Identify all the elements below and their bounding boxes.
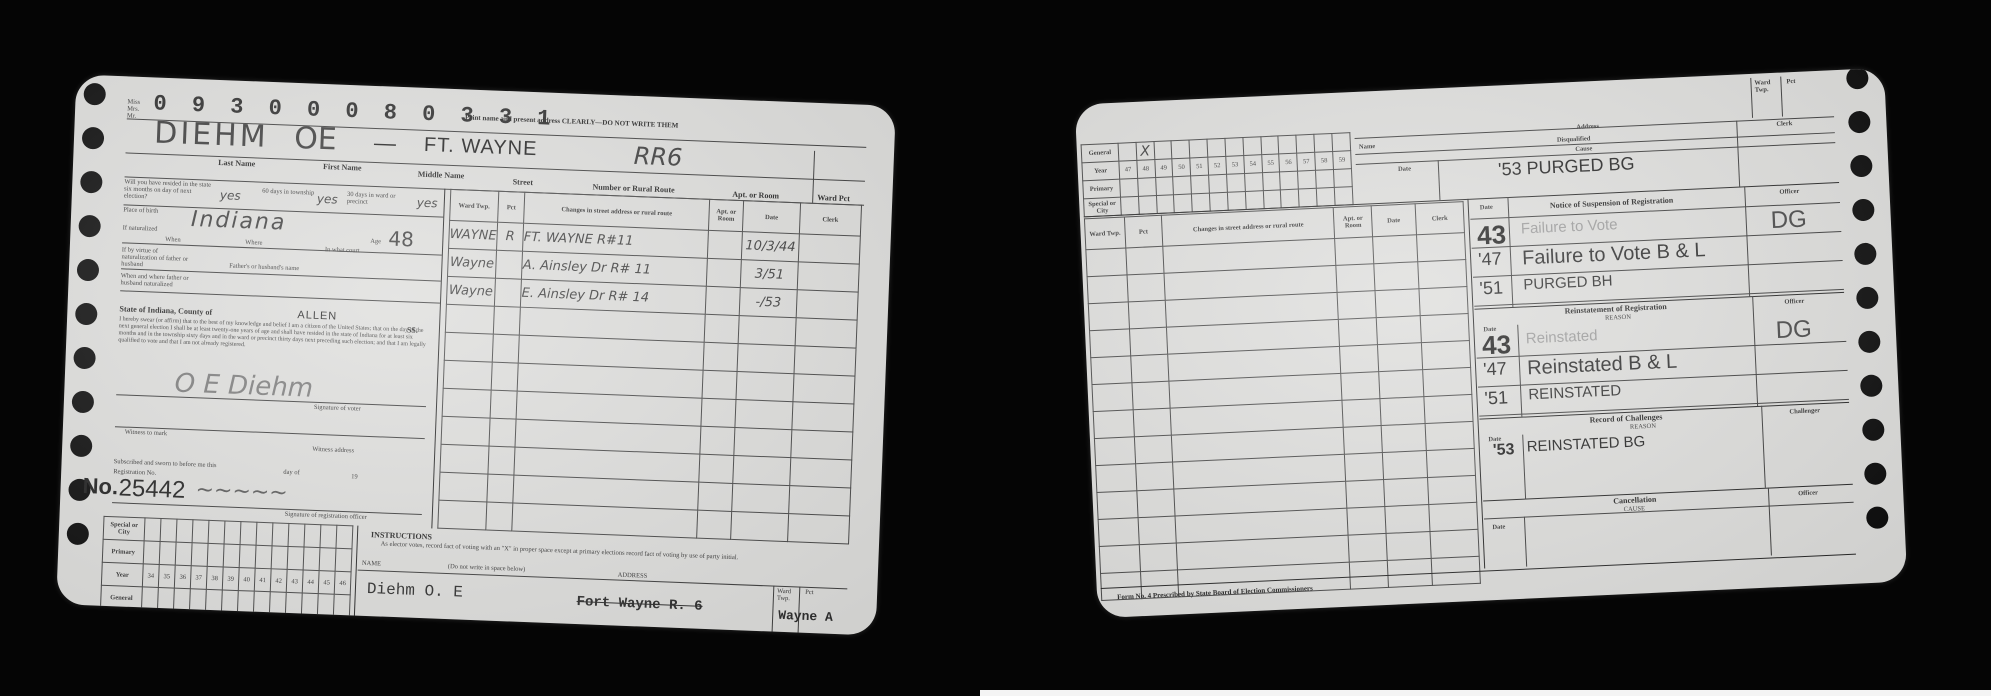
label-day-of: day of [283, 469, 300, 477]
grid-cell [1138, 196, 1157, 215]
grid-cell [1316, 187, 1335, 206]
grid-cell [143, 541, 160, 565]
grid-cell: 59 [1333, 151, 1352, 170]
number-prefix: No. [82, 473, 118, 500]
grid-cell [1243, 137, 1262, 156]
label-last-name: Last Name [218, 158, 255, 168]
table-cell [788, 514, 850, 544]
label-subscribed: Subscribed and sworn to before me this [114, 458, 217, 469]
table-cell [1379, 370, 1424, 399]
entry-officer: DG [1770, 206, 1807, 236]
voter-registration-card-back: GeneralXYear47484950515253545556575859Pr… [1075, 68, 1907, 618]
voting-record-grid: Special or CityPrimaryYear34353637383940… [100, 516, 353, 619]
table-cell [1342, 399, 1381, 428]
label-middle-name: Middle Name [418, 170, 465, 181]
registration-number: 25442 [118, 474, 186, 505]
grid-cell [176, 519, 193, 543]
label-age: Age [370, 238, 381, 245]
table-cell [445, 304, 494, 334]
table-cell [734, 428, 792, 458]
table-cell [1139, 543, 1178, 572]
label-pct: Pct [1786, 78, 1795, 85]
punch-hole [78, 215, 101, 238]
grid-row-label: Primary [102, 539, 144, 564]
table-cell [488, 446, 515, 475]
column-header: Ward Twp. [1084, 217, 1125, 250]
table-cell [1346, 480, 1385, 509]
table-cell [1386, 531, 1431, 560]
voter-registration-card-front: 0 9 3 0 0 0 8 0 3 3 1 Print name and pre… [56, 74, 896, 635]
table-cell [495, 250, 522, 279]
table-cell [1090, 329, 1131, 358]
grid-cell [319, 548, 336, 572]
table-cell [789, 486, 851, 516]
table-cell [1134, 435, 1173, 464]
grid-cell [1296, 134, 1315, 153]
table-cell [1099, 545, 1140, 574]
table-cell [736, 372, 794, 402]
grid-cell [1118, 142, 1137, 161]
punch-hole [75, 303, 98, 326]
table-cell [1349, 533, 1388, 562]
grid-cell: 34 [142, 564, 159, 588]
grid-cell [1332, 133, 1351, 152]
label-first-name: First Name [323, 162, 362, 172]
table-cell [699, 454, 734, 483]
label-apt-room: Apt. or Room [732, 190, 779, 201]
grid-cell: 39 [222, 567, 239, 591]
punch-hole [1856, 286, 1879, 309]
punch-hole [1846, 68, 1869, 90]
table-cell [797, 262, 859, 292]
grid-cell [157, 587, 174, 611]
table-cell [1375, 289, 1420, 318]
table-cell [702, 370, 737, 399]
punch-hole [1850, 155, 1873, 178]
punch-hole [73, 347, 96, 370]
table-cell [1420, 314, 1469, 343]
grid-row-label: Primary [1083, 179, 1121, 199]
label-when-where-father: When and where father or husband natural… [120, 272, 200, 289]
table-cell [795, 318, 857, 348]
punch-hole [1858, 330, 1881, 353]
table-cell [1091, 356, 1132, 385]
grid-cell [175, 542, 192, 566]
grid-cell [141, 587, 158, 611]
entry-text: PURGED BH [1523, 272, 1613, 293]
label-place-of-birth: Place of birth [123, 206, 163, 215]
table-cell [707, 230, 742, 259]
table-cell [1335, 237, 1374, 266]
label-days-township: 60 days in township [262, 188, 317, 197]
label-resided-state: Will you have resided in the state six m… [124, 178, 215, 202]
label-signature-voter: Signature of voter [314, 404, 361, 413]
label-number-route: Number or Rural Route [592, 182, 674, 194]
address-changes-table: Ward Twp.PctChanges in street address or… [1084, 201, 1481, 601]
grid-cell: 49 [1154, 159, 1173, 178]
grid-cell: 54 [1244, 155, 1263, 174]
table-cell [1341, 372, 1380, 401]
grid-cell: 48 [1137, 160, 1156, 179]
table-cell [1096, 464, 1137, 493]
table-cell [1345, 453, 1384, 482]
table-cell [489, 418, 516, 447]
grid-cell [1137, 178, 1156, 197]
column-header: Clerk [799, 203, 861, 236]
label-clerk: Clerk [1776, 120, 1792, 128]
grid-cell [287, 546, 304, 570]
grid-cell [1298, 170, 1317, 189]
grid-cell [223, 544, 240, 568]
grid-row-label: Year [101, 562, 143, 587]
column-header: Date [743, 201, 801, 234]
entry-date: '47 [1483, 358, 1507, 380]
grid-cell: 43 [286, 569, 303, 593]
grid-cell: 38 [206, 566, 223, 590]
column-header: Pct [1124, 215, 1163, 248]
table-cell [442, 388, 491, 418]
grid-cell: 42 [270, 569, 287, 593]
grid-cell [317, 594, 334, 618]
table-cell [1385, 504, 1430, 533]
grid-cell [1225, 138, 1244, 157]
table-cell [440, 444, 489, 474]
entry-text: REINSTATED BG [1526, 433, 1645, 455]
label-ward-twp: Ward Twp. [1754, 79, 1775, 94]
suspension-title: Notice of Suspension of Registration [1550, 196, 1674, 211]
grid-cell [1120, 178, 1139, 197]
grid-cell [1210, 192, 1229, 211]
table-cell [1418, 260, 1467, 289]
table-cell [796, 290, 858, 320]
table-cell [1133, 408, 1172, 437]
punch-hole [1864, 462, 1887, 485]
grid-cell [301, 593, 318, 617]
table-cell [697, 510, 732, 539]
punch-hole [1866, 506, 1889, 529]
table-cell [1381, 424, 1426, 453]
table-cell [1376, 316, 1421, 345]
grid-cell [336, 525, 353, 549]
table-cell [512, 503, 698, 538]
days-township-value: yes [317, 192, 338, 207]
typed-address: Fort Wayne R. 6 [576, 594, 703, 615]
label-challenges-reason: REASON [1630, 423, 1656, 431]
grid-cell [221, 590, 238, 614]
grid-cell [1244, 173, 1263, 192]
table-cell [790, 458, 852, 488]
label-cancellation-date: Date [1492, 524, 1505, 532]
table-cell [1128, 300, 1167, 329]
grid-cell [285, 592, 302, 616]
grid-cell [1209, 174, 1228, 193]
label-witness-address: Witness address [312, 446, 354, 455]
grid-cell [207, 543, 224, 567]
grid-cell [191, 543, 208, 567]
punch-hole [70, 434, 93, 457]
punch-hole [83, 83, 106, 106]
grid-cell [1227, 174, 1246, 193]
label-by-virtue: If by virtue of naturalization of father… [121, 246, 192, 270]
entry-date: '47 [1478, 248, 1502, 270]
punch-hole [80, 171, 103, 194]
label-reinstatement-reason: REASON [1605, 314, 1631, 322]
grid-cell: 55 [1261, 154, 1280, 173]
grid-cell: 37 [190, 566, 207, 590]
entry-date: '51 [1484, 387, 1508, 409]
label-witness-mark: Witness to mark [125, 429, 168, 438]
column-header: Apt. or Room [708, 199, 743, 231]
grid-cell [205, 589, 222, 613]
table-cell: Wayne [447, 248, 496, 278]
table-cell [1337, 291, 1376, 320]
grid-cell [303, 547, 320, 571]
grid-cell [256, 522, 273, 546]
punch-hole [1852, 198, 1875, 221]
grid-cell [1171, 140, 1190, 159]
grid-cell [1316, 169, 1335, 188]
table-cell [444, 332, 493, 362]
grid-cell [1314, 134, 1333, 153]
table-cell [791, 430, 853, 460]
grid-cell [159, 542, 176, 566]
table-cell [1129, 327, 1168, 356]
table-cell [735, 400, 793, 430]
table-cell [737, 344, 795, 374]
table-cell: R [497, 222, 524, 251]
grid-cell [335, 548, 352, 572]
table-cell [493, 306, 520, 335]
label-challenger: Challenger [1789, 407, 1820, 415]
oath-state-county: State of Indiana, County of [119, 304, 212, 317]
cancellation-title: Cancellation [1613, 495, 1656, 506]
column-header: Ward Twp. [450, 189, 499, 222]
label-days-ward: 30 days in ward or precinct [347, 191, 417, 208]
grid-cell [1261, 136, 1280, 155]
label-what-court: In what court [325, 246, 360, 254]
grid-cell [224, 521, 241, 545]
grid-cell: 45 [318, 571, 335, 595]
grid-cell [1192, 193, 1211, 212]
label-cancellation-officer: Officer [1798, 489, 1818, 497]
oath-text: I hereby swear (or affirm) that to the b… [118, 316, 429, 356]
table-cell [701, 398, 736, 427]
grid-cell: 44 [302, 570, 319, 594]
table-cell [1086, 248, 1127, 277]
grid-cell [1262, 172, 1281, 191]
table-cell [1421, 340, 1470, 369]
table-cell [1427, 475, 1476, 504]
oath-county: ALLEN [297, 309, 337, 323]
punch-hole [71, 391, 94, 414]
table-cell: WAYNE [449, 220, 498, 250]
grid-cell [1280, 171, 1299, 190]
table-cell [1424, 394, 1473, 423]
table-cell [439, 472, 488, 502]
entry-officer: DG [1775, 315, 1812, 345]
table-cell [1136, 489, 1175, 518]
table-cell [794, 346, 856, 376]
grid-cell: 50 [1172, 158, 1191, 177]
table-cell [1094, 437, 1135, 466]
table-cell [792, 402, 854, 432]
label-where: Where [245, 239, 263, 247]
grid-cell [255, 545, 272, 569]
column-header: Clerk [1415, 202, 1465, 235]
grid-cell [189, 589, 206, 613]
label-date: Date [1398, 165, 1411, 173]
table-cell [1097, 491, 1138, 520]
typed-ward: Wayne A [778, 608, 833, 625]
punch-hole [82, 127, 105, 150]
grid-cell [237, 591, 254, 615]
grid-cell [1299, 188, 1318, 207]
table-cell [1377, 343, 1422, 372]
grid-cell: 47 [1119, 160, 1138, 179]
table-cell [1426, 448, 1475, 477]
label-ward-twp: Ward Twp. [777, 588, 798, 603]
grid-cell [1278, 135, 1297, 154]
punch-hole [77, 259, 100, 282]
table-cell [798, 234, 860, 264]
table-cell [706, 258, 741, 287]
middle-name-value: — [374, 130, 397, 157]
grid-cell: 46 [334, 571, 351, 595]
table-cell [1422, 367, 1471, 396]
table-cell [491, 362, 518, 391]
grid-cell [1207, 138, 1226, 157]
table-cell [1127, 273, 1166, 302]
label-reinstatement-officer: Officer [1784, 298, 1804, 306]
table-cell [492, 334, 519, 363]
table-cell [1098, 518, 1139, 547]
table-cell [490, 390, 517, 419]
punch-hole [1848, 111, 1871, 134]
table-cell [441, 416, 490, 446]
table-cell [1336, 264, 1375, 293]
table-cell [1087, 275, 1128, 304]
table-cell [698, 482, 733, 511]
table-cell [1093, 410, 1134, 439]
year-voting-grid: GeneralXYear47484950515253545556575859Pr… [1081, 132, 1354, 217]
label-suspension-date: Date [1480, 204, 1493, 212]
grid-cell [333, 594, 350, 618]
title-prefix: Miss Mrs. Mr. [127, 98, 148, 120]
table-cell [1425, 421, 1474, 450]
grid-cell [240, 522, 257, 546]
grid-cell [1154, 141, 1173, 160]
grid-cell [208, 520, 225, 544]
grid-cell [269, 592, 286, 616]
grid-cell: 40 [238, 568, 255, 592]
grid-cell [288, 523, 305, 547]
grid-row-label: Year [1082, 161, 1120, 181]
table-cell [494, 278, 521, 307]
grid-cell [253, 591, 270, 615]
table-cell [1429, 502, 1478, 531]
table-cell [1132, 381, 1171, 410]
punch-hole [1862, 418, 1885, 441]
table-cell [1344, 426, 1383, 455]
table-cell [731, 511, 789, 541]
table-cell [705, 286, 740, 315]
table-cell: 3/51 [741, 260, 799, 290]
scan-edge [980, 690, 1991, 696]
age-value: 48 [388, 227, 414, 252]
table-cell [1340, 345, 1379, 374]
grid-cell [192, 520, 209, 544]
days-ward-value: yes [417, 196, 438, 211]
label-suspension-officer: Officer [1779, 188, 1799, 196]
label-street: Street [513, 177, 534, 187]
grid-cell [271, 546, 288, 570]
grid-row-label: General [101, 585, 143, 610]
first-name-value: OE [294, 121, 338, 158]
grid-cell [304, 524, 321, 548]
label-address: ADDRESS [618, 572, 648, 580]
table-cell [1374, 262, 1419, 291]
grid-cell [1227, 191, 1246, 210]
table-cell [738, 316, 796, 346]
grid-cell [1263, 190, 1282, 209]
entry-text: Failure to Vote [1520, 216, 1617, 237]
table-cell: 10/3/44 [742, 232, 800, 262]
table-cell [793, 374, 855, 404]
punch-hole [1860, 374, 1883, 397]
table-cell [1125, 246, 1164, 275]
table-cell [1092, 383, 1133, 412]
grid-cell [1156, 195, 1175, 214]
city-value: FT. WAYNE [424, 134, 538, 161]
entry-text: Reinstated [1525, 327, 1597, 347]
table-cell [1380, 397, 1425, 426]
grid-cell [1281, 189, 1300, 208]
table-cell [704, 314, 739, 343]
table-cell [1430, 529, 1479, 558]
table-cell [1088, 302, 1129, 331]
table-cell [438, 500, 487, 530]
grid-cell [160, 519, 177, 543]
grid-cell: 53 [1226, 156, 1245, 175]
table-cell [733, 455, 791, 485]
grid-cell [320, 525, 337, 549]
grid-cell: 51 [1190, 157, 1209, 176]
table-cell [1130, 354, 1169, 383]
grid-cell [1174, 194, 1193, 213]
table-cell: Wayne [446, 276, 495, 306]
grid-cell [239, 545, 256, 569]
entry-text: REINSTATED [1528, 382, 1621, 403]
grid-cell: 57 [1297, 152, 1316, 171]
table-cell [703, 342, 738, 371]
grid-cell [144, 518, 161, 542]
table-cell [1419, 287, 1468, 316]
entry-date: '51 [1479, 277, 1503, 299]
label-father-husband-name: Father's or husband's name [229, 262, 299, 272]
grid-cell [1189, 139, 1208, 158]
grid-cell [1245, 191, 1264, 210]
grid-cell [173, 588, 190, 612]
place-of-birth-value: Indiana [191, 207, 287, 236]
grid-cell: 56 [1279, 153, 1298, 172]
column-header: Apt. or Room [1334, 206, 1373, 239]
grid-cell [1173, 176, 1192, 195]
table-cell [1383, 478, 1428, 507]
table-cell [487, 474, 514, 503]
typed-name: Diehm O. E [367, 580, 464, 602]
grid-cell: 58 [1315, 151, 1334, 170]
table-cell [1372, 235, 1417, 264]
